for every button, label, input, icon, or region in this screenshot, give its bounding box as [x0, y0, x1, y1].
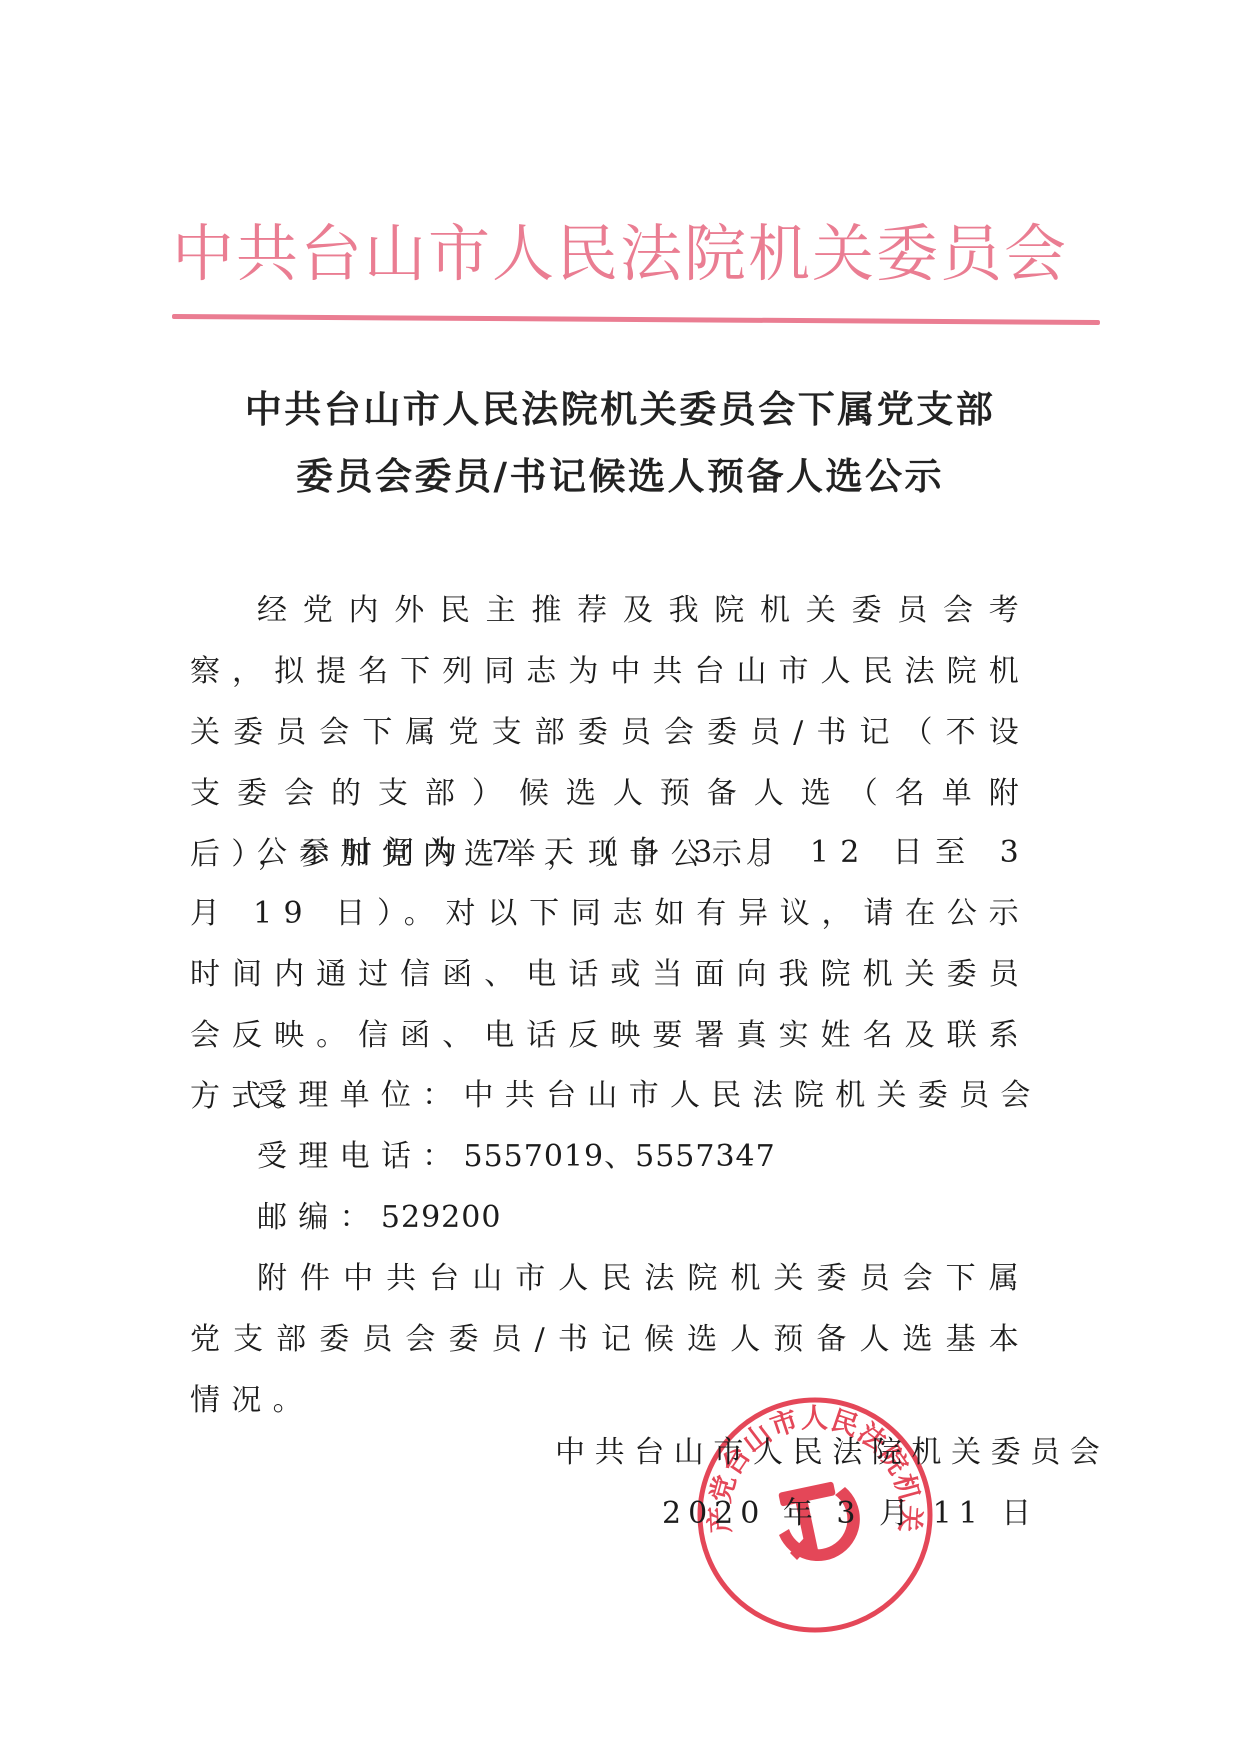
contact-phone-value: 5557019、5557347	[464, 1139, 776, 1174]
document-page: 中共台山市人民法院机关委员会 中共台山市人民法院机关委员会下属党支部 委员会委员…	[0, 0, 1240, 1754]
letterhead-red-rule	[172, 314, 1100, 325]
contact-unit-label: 受理单位：	[257, 1078, 464, 1113]
letterhead-title: 中共台山市人民法院机关委员会	[150, 212, 1090, 296]
contact-zip-label: 邮编：	[257, 1200, 381, 1235]
notice-title-line2: 委员会委员/书记候选人预备人选公示	[120, 452, 1120, 502]
contact-phone: 受理电话：5557019、5557347	[257, 1126, 1097, 1187]
contact-unit-value: 中共台山市人民法院机关委员会	[464, 1078, 1042, 1113]
signature-date: 2020 年 3 月 11 日	[662, 1483, 1038, 1544]
notice-title-line1: 中共台山市人民法院机关委员会下属党支部	[120, 385, 1120, 435]
contact-phone-label: 受理电话：	[257, 1139, 464, 1174]
contact-zip-value: 529200	[381, 1200, 502, 1235]
contact-zip: 邮编：529200	[257, 1187, 1097, 1248]
contact-unit: 受理单位：中共台山市人民法院机关委员会	[257, 1065, 1097, 1126]
signature-org: 中共台山市人民法院机关委员会	[555, 1422, 1109, 1483]
